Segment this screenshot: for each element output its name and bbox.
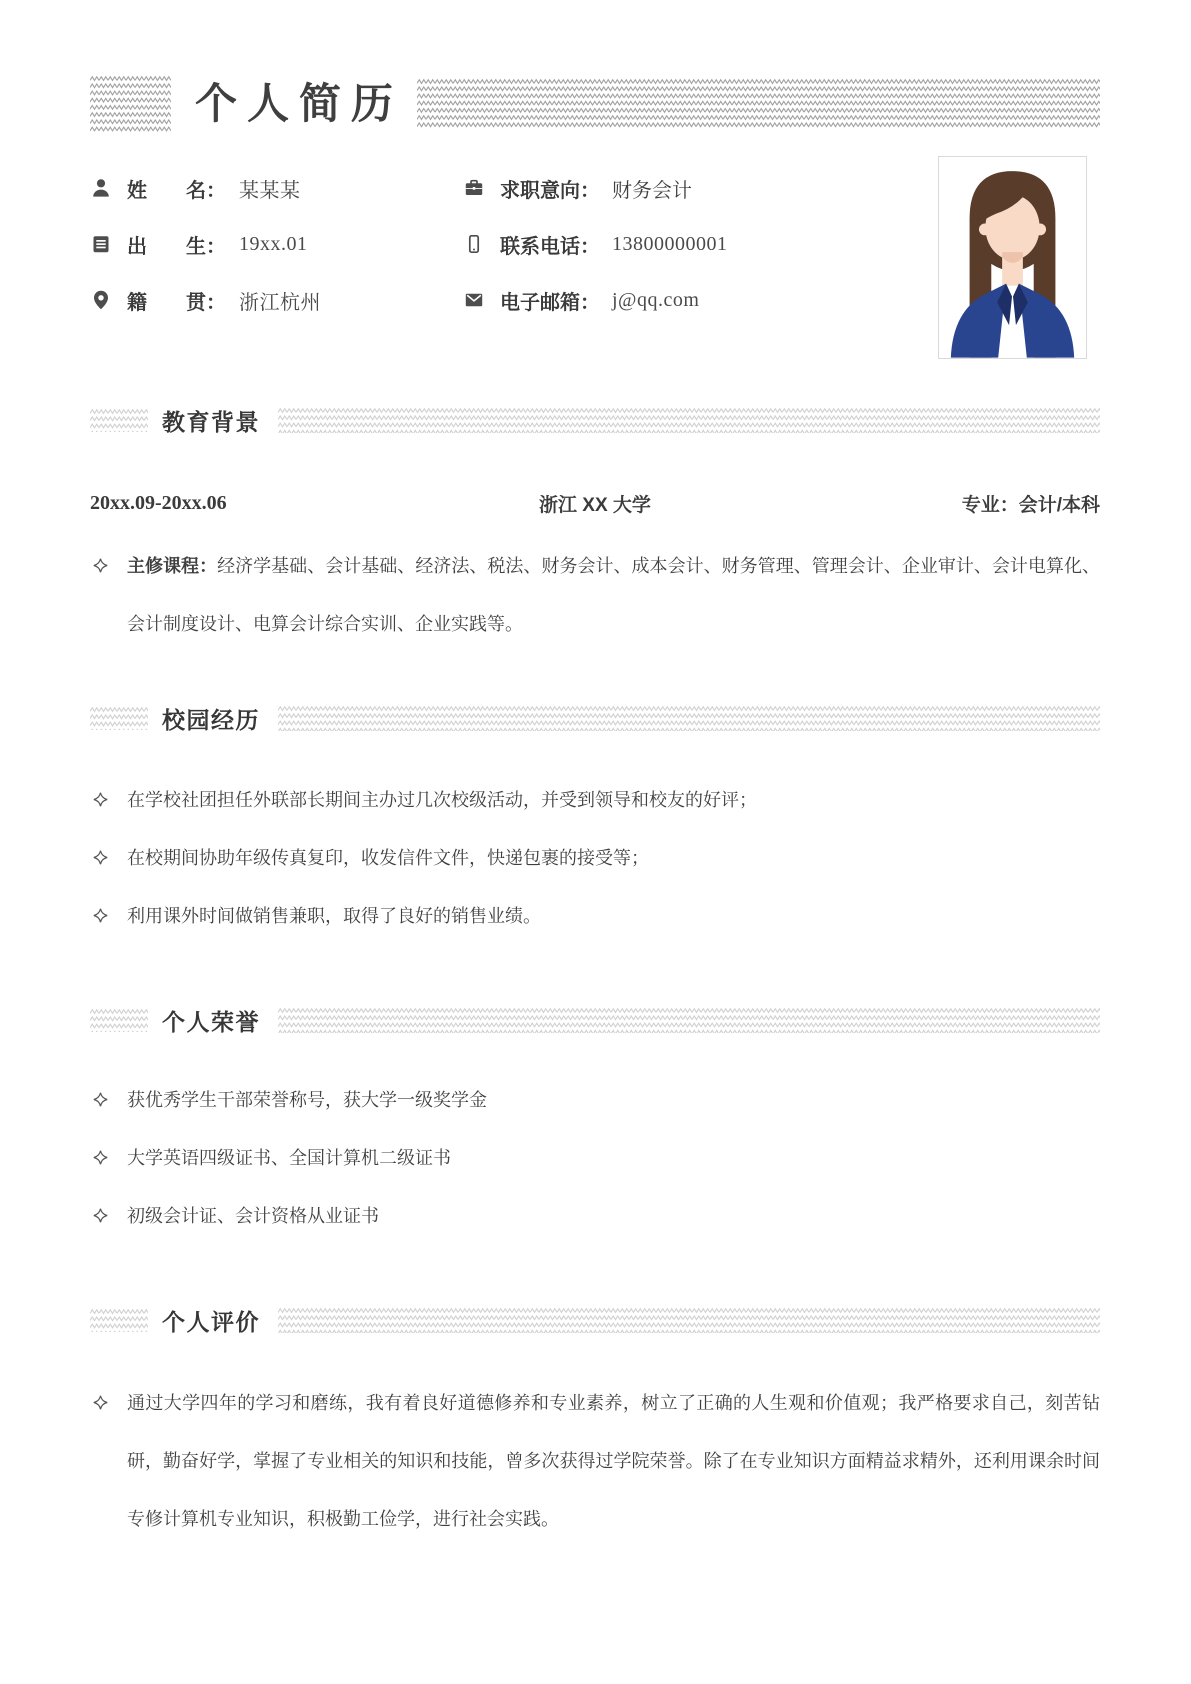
job-intention-value: 财务会计 [612,174,692,203]
evaluation-paragraph: 通过大学四年的学习和磨练，我有着良好道德修养和专业素养，树立了正确的人生观和价值… [90,1374,1100,1548]
four-point-star-bullet-icon [93,558,108,573]
major-courses-paragraph: 主修课程：经济学基础、会计基础、经济法、税法、财务会计、成本会计、财务管理、管理… [90,537,1100,653]
major-courses-text: 经济学基础、会计基础、经济法、税法、财务会计、成本会计、财务管理、管理会计、企业… [127,556,1100,634]
id-photo [938,156,1087,359]
list-item: 在学校社团担任外联部长期间主办过几次校级活动，并受到领导和校友的好评； [90,771,1100,829]
person-icon [90,177,112,199]
zigzag-decor-left [90,1308,148,1332]
evaluation-text: 通过大学四年的学习和磨练，我有着良好道德修养和专业素养，树立了正确的人生观和价值… [127,1393,1100,1529]
education-school: 浙江 XX 大学 [423,490,766,517]
job-intention-label: 求职意向： [500,174,600,203]
resume-title-row: 个人简历 [90,75,1100,132]
email-label: 电子邮箱： [500,286,600,315]
zigzag-decor-left [90,75,171,132]
resume-page: 个人简历 姓名： 某某某 [0,0,1191,1684]
zigzag-decor-right [417,78,1100,129]
page-title: 个人简历 [195,75,403,132]
education-section-title: 教育背景 [162,404,260,437]
profile-section: 姓名： 某某某 出生： 19xx.01 籍贯： [90,173,1100,341]
education-major: 专业：会计/本科 [767,490,1100,517]
name-label: 姓名： [127,174,226,203]
education-period: 20xx.09-20xx.06 [90,492,423,515]
zigzag-decor-left [90,706,148,730]
zigzag-decor-left [90,1008,148,1032]
birth-value: 19xx.01 [239,233,308,256]
list-item: 大学英语四级证书、全国计算机二级证书 [90,1129,1100,1187]
four-point-star-bullet-icon [93,1092,108,1107]
email-value: j@qq.com [612,289,699,312]
phone-value: 13800000001 [612,233,728,256]
education-entry-row: 20xx.09-20xx.06 浙江 XX 大学 专业：会计/本科 [90,490,1100,516]
four-point-star-bullet-icon [93,850,108,865]
phone-icon [463,233,485,255]
honors-list: 获优秀学生干部荣誉称号，获大学一级奖学金 大学英语四级证书、全国计算机二级证书 … [90,1071,1100,1245]
notepad-icon [90,233,112,255]
birth-label: 出生： [127,230,226,259]
origin-value: 浙江杭州 [239,286,321,315]
origin-row: 籍贯： 浙江杭州 [90,285,463,315]
zigzag-decor-right [278,1307,1100,1333]
zigzag-decor-right [278,705,1100,731]
location-pin-icon [90,289,112,311]
list-item: 获优秀学生干部荣誉称号，获大学一级奖学金 [90,1071,1100,1129]
birth-row: 出生： 19xx.01 [90,229,463,259]
envelope-icon [463,289,485,311]
list-item: 初级会计证、会计资格从业证书 [90,1187,1100,1245]
education-section-header: 教育背景 [90,405,1100,435]
four-point-star-bullet-icon [93,1208,108,1223]
zigzag-decor-right [278,407,1100,433]
four-point-star-bullet-icon [93,1395,108,1410]
name-row: 姓名： 某某某 [90,173,463,203]
evaluation-section-header: 个人评价 [90,1305,1100,1335]
briefcase-icon [463,177,485,199]
major-courses-label: 主修课程： [127,556,217,576]
campus-experience-list: 在学校社团担任外联部长期间主办过几次校级活动，并受到领导和校友的好评； 在校期间… [90,771,1100,945]
evaluation-section-title: 个人评价 [162,1304,260,1337]
campus-section-header: 校园经历 [90,703,1100,733]
four-point-star-bullet-icon [93,792,108,807]
list-item: 利用课外时间做销售兼职，取得了良好的销售业绩。 [90,887,1100,945]
four-point-star-bullet-icon [93,1150,108,1165]
honors-section-title: 个人荣誉 [162,1004,260,1037]
female-avatar [939,157,1086,358]
origin-label: 籍贯： [127,286,226,315]
campus-section-title: 校园经历 [162,702,260,735]
zigzag-decor-right [278,1007,1100,1033]
zigzag-decor-left [90,408,148,432]
honors-section-header: 个人荣誉 [90,1005,1100,1035]
name-value: 某某某 [239,174,301,203]
list-item: 在校期间协助年级传真复印，收发信件文件，快递包裹的接受等； [90,829,1100,887]
four-point-star-bullet-icon [93,908,108,923]
phone-label: 联系电话： [500,230,600,259]
